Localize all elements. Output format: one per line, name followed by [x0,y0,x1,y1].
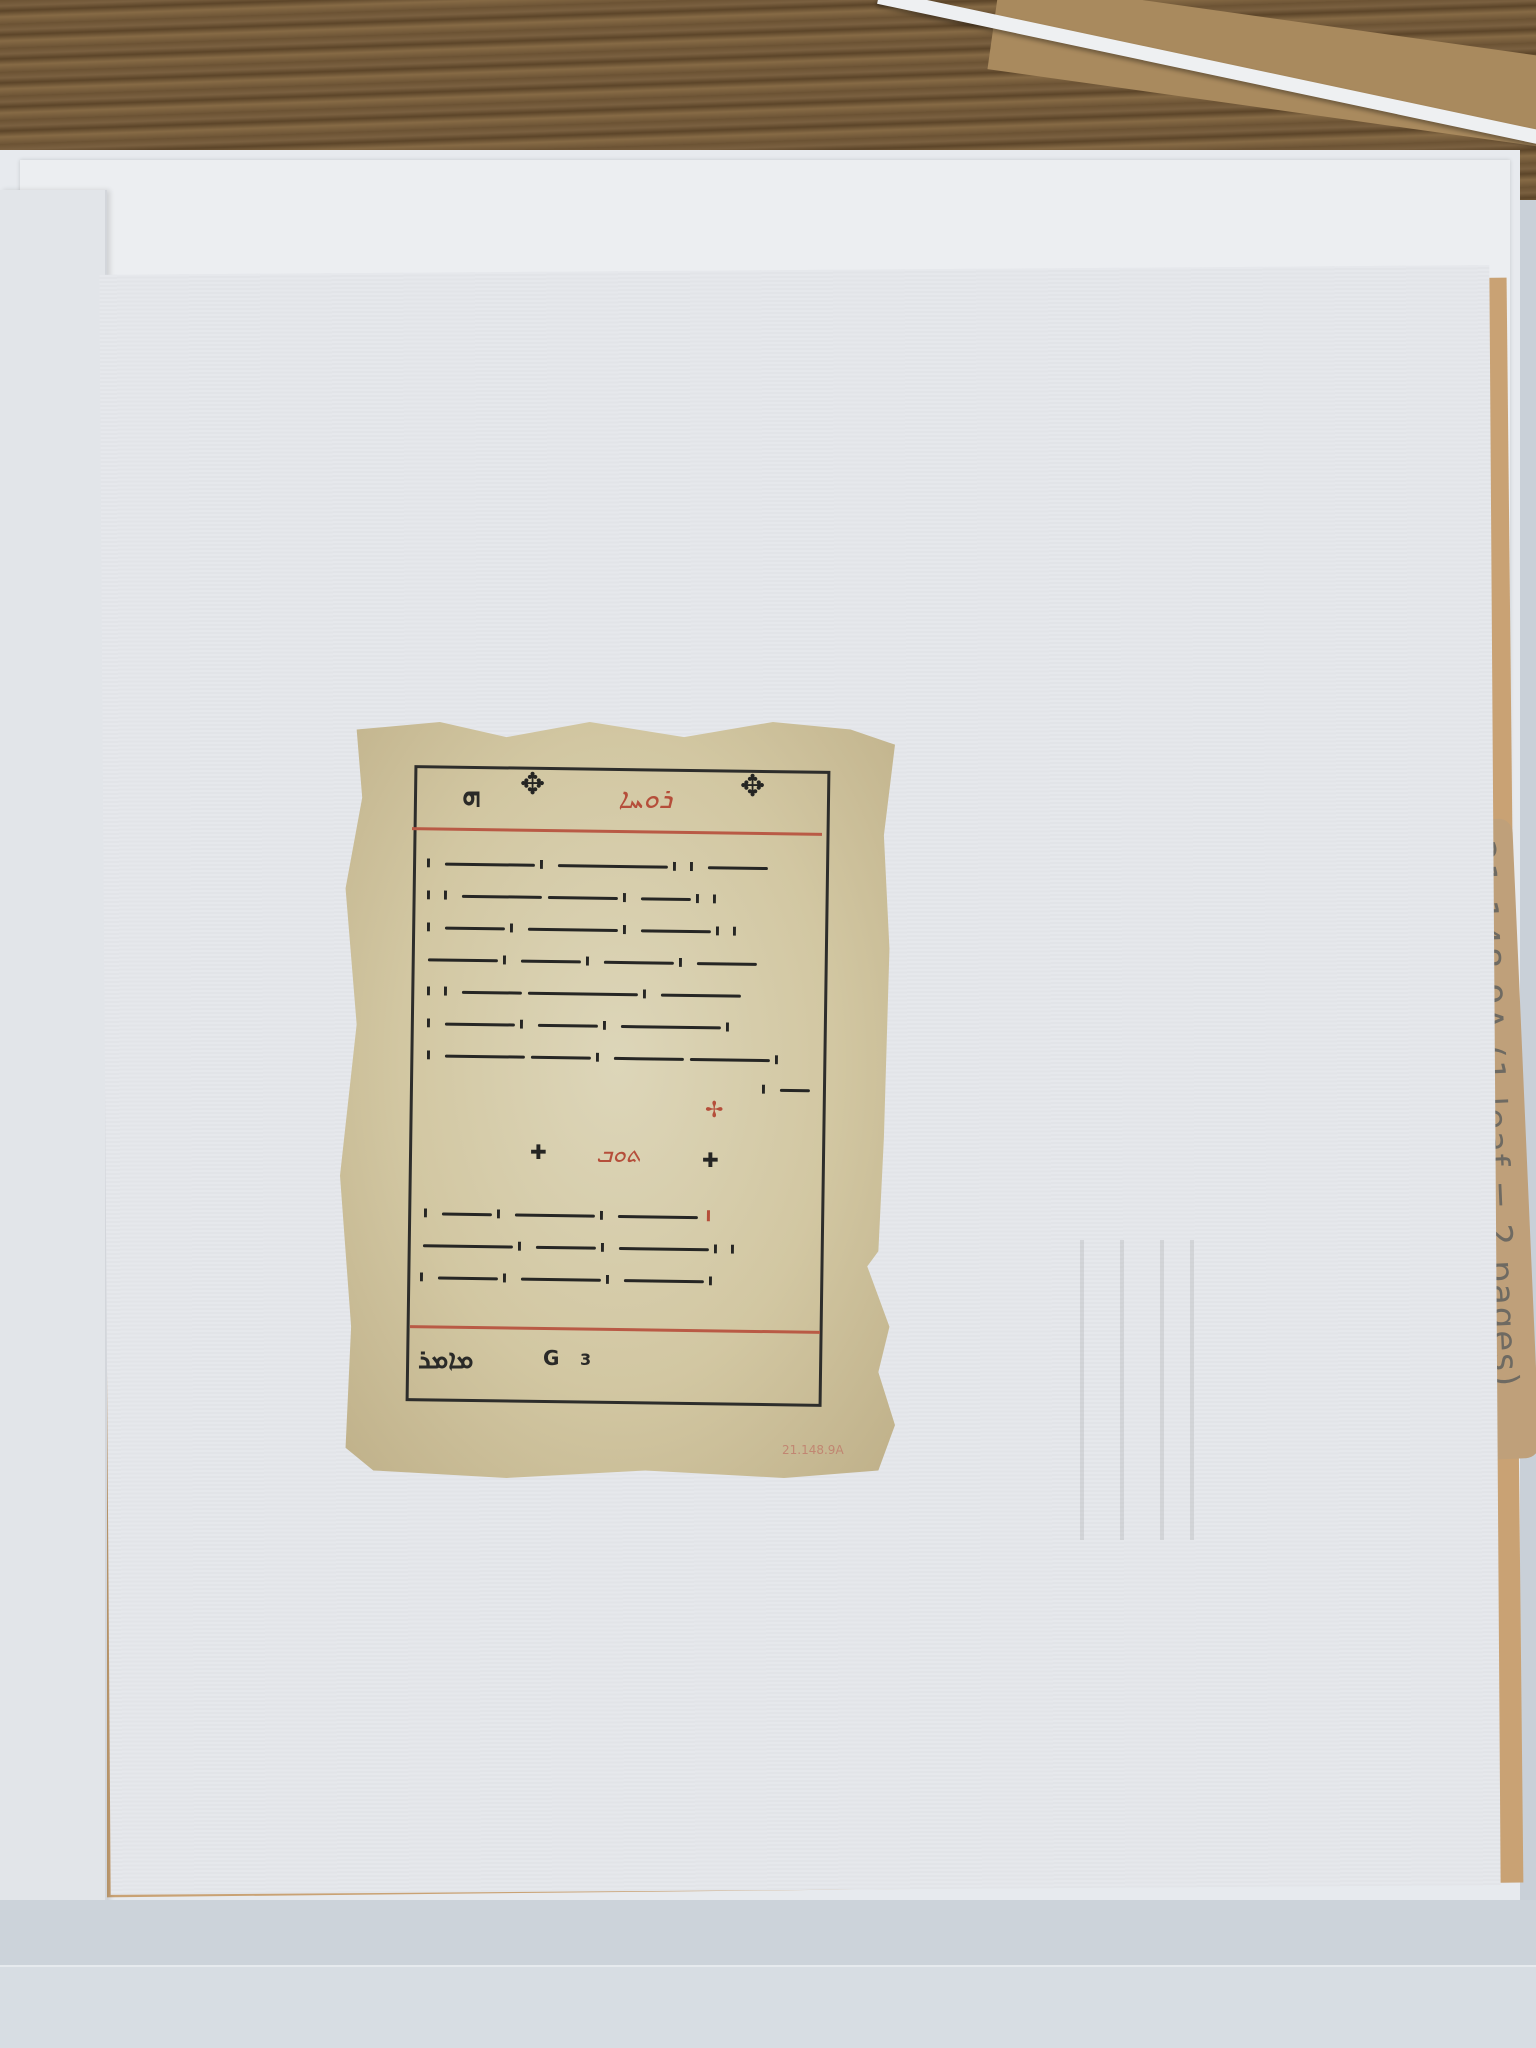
catchword: ܡܐܡܪ [418,1345,473,1376]
signature-letter: G [543,1346,559,1370]
small-cross-icon: ✚ [702,1150,719,1170]
bleed-through-text [1060,1230,1210,1560]
cross-ornament-icon: ✥ [740,772,765,802]
folder-left-flap [0,190,107,1910]
header-rubric: ܪܘܚܐ [618,782,672,816]
text-line [760,1074,820,1095]
underlying-sheet [0,1965,1536,2048]
cross-ornament-icon: ✥ [520,770,545,800]
red-cross-mark-icon: ✢ [705,1098,723,1123]
signature-number: 3 [580,1350,591,1369]
section-rubric: ܬܘܒ [596,1140,641,1168]
red-initial-word [707,1210,750,1223]
folio-number: ܗ [462,778,481,813]
accession-stamp: 21.148.9A [782,1443,844,1457]
small-cross-icon: ✚ [530,1142,547,1162]
